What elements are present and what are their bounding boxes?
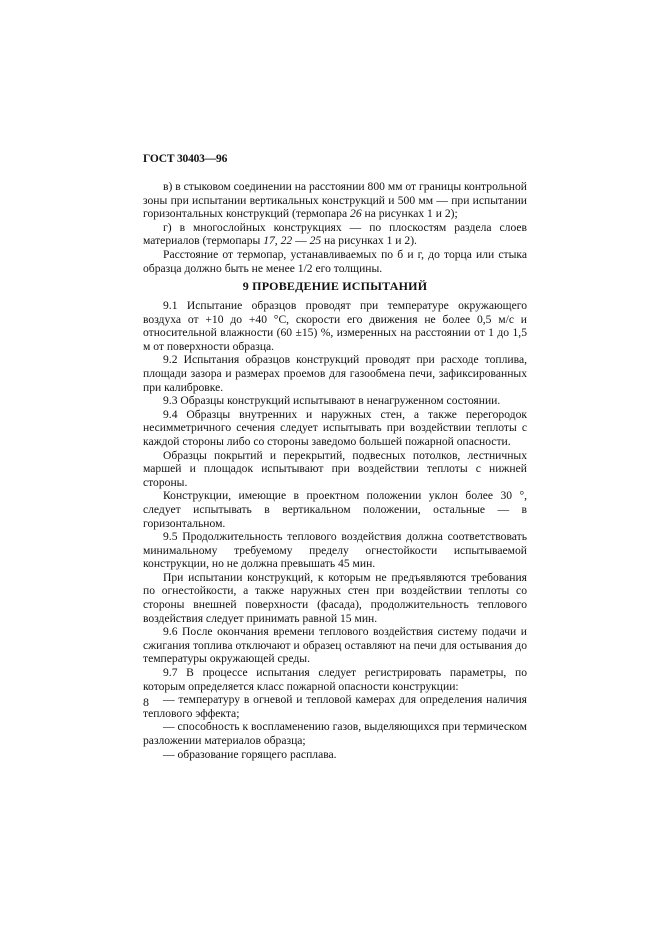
paragraph-9-3: 9.3 Образцы конструкций испытывают в нен…	[143, 394, 527, 408]
section-body: 9.1 Испытание образцов проводят при темп…	[143, 299, 527, 761]
paragraph-distance-rule: Расстояние от термопар, устанавливаемых …	[143, 248, 527, 275]
document-code-header: ГОСТ 30403—96	[143, 153, 227, 165]
list-item-temperature: — температуру в огневой и тепловой камер…	[143, 693, 527, 720]
paragraph-9-5-exception: При испытании конструкций, к которым не …	[143, 571, 527, 625]
paragraph-9-1: 9.1 Испытание образцов проводят при темп…	[143, 299, 527, 353]
thermocouple-number: 26	[350, 207, 362, 220]
section-title: 9 ПРОВЕДЕНИЕ ИСПЫТАНИЙ	[143, 279, 527, 294]
paragraph-9-4: 9.4 Образцы внутренних и наружных стен, …	[143, 408, 527, 449]
text-fragment: на рисунках 1 и 2).	[321, 234, 417, 247]
list-item-melt: — образование горящего расплава.	[143, 748, 527, 762]
paragraph-9-4-floors: Образцы покрытий и перекрытий, подвесных…	[143, 449, 527, 490]
page-number: 8	[143, 695, 149, 710]
paragraph-item-g: г) в многослойных конструкциях — по плос…	[143, 221, 527, 248]
paragraph-9-2: 9.2 Испытания образцов конструкций прово…	[143, 353, 527, 394]
paragraph-9-4-slope: Конструкции, имеющие в проектном положен…	[143, 489, 527, 530]
list-item-ignition: — способность к воспламенению газов, выд…	[143, 720, 527, 747]
thermocouple-number: 25	[310, 234, 322, 247]
text-fragment: на рисунках 1 и 2);	[362, 207, 458, 220]
paragraph-9-7: 9.7 В процессе испытания следует регистр…	[143, 666, 527, 693]
text-fragment: в) в стыковом соединении на расстоянии 8…	[143, 180, 527, 220]
text-fragment: —	[292, 234, 309, 247]
paragraph-9-6: 9.6 После окончания времени теплового во…	[143, 625, 527, 666]
paragraph-9-5: 9.5 Продолжительность теплового воздейст…	[143, 530, 527, 571]
thermocouple-placement-continuation: в) в стыковом соединении на расстоянии 8…	[143, 180, 527, 275]
thermocouple-number: 17, 22	[263, 234, 292, 247]
paragraph-item-v: в) в стыковом соединении на расстоянии 8…	[143, 180, 527, 221]
